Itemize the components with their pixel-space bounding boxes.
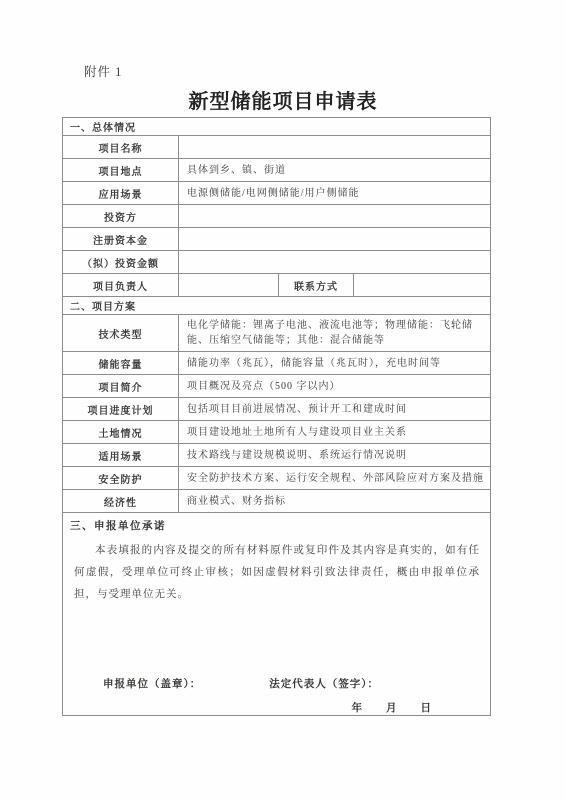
project-brief-label: 项目简介 xyxy=(63,375,179,398)
row-progress-plan: 项目进度计划 包括项目目前进展情况、预计开工和建成时间 xyxy=(63,398,491,421)
project-location-label: 项目地点 xyxy=(63,159,179,182)
signature-line: 申报单位（盖章）： 法定代表人（签字）： xyxy=(63,676,490,691)
row-storage-capacity: 储能容量 储能功率（兆瓦），储能容量（兆瓦时），充电时间等 xyxy=(63,352,491,375)
section3-cell: 三、申报单位承诺 本表填报的内容及提交的所有材料原件或复印件及其内容是真实的，如… xyxy=(63,513,491,716)
land-status-value: 项目建设地址土地所有人与建设项目业主关系 xyxy=(179,421,491,444)
page-title: 新型储能项目申请表 xyxy=(0,85,566,114)
progress-plan-value: 包括项目目前进展情况、预计开工和建成时间 xyxy=(179,398,491,421)
land-status-label: 土地情况 xyxy=(63,421,179,444)
storage-capacity-label: 储能容量 xyxy=(63,352,179,375)
application-form-table: 一、总体情况 项目名称 项目地点 具体到乡、镇、街道 应用场景 电源侧储能/电网… xyxy=(62,117,491,716)
safety-protection-label: 安全防护 xyxy=(63,467,179,490)
project-name-label: 项目名称 xyxy=(63,136,179,159)
row-safety-protection: 安全防护 安全防护技术方案、运行安全规程、外部风险应对方案及措施 xyxy=(63,467,491,490)
section2-header-row: 二、项目方案 xyxy=(63,297,491,315)
safety-protection-value: 安全防护技术方案、运行安全规程、外部风险应对方案及措施 xyxy=(179,467,491,490)
application-scenario-label: 应用场景 xyxy=(63,182,179,205)
project-leader-value xyxy=(179,274,279,297)
row-project-leader: 项目负责人 联系方式 xyxy=(63,274,491,297)
economics-value: 商业模式、财务指标 xyxy=(179,490,491,513)
commitment-text: 本表填报的内容及提交的所有材料原件或复印件及其内容是真实的，如有任何虚假，受理单… xyxy=(74,540,480,606)
section2-header: 二、项目方案 xyxy=(63,297,491,315)
document-page: { "page": { "attachment": "附件 1", "title… xyxy=(0,0,566,800)
date-line: 年 月 日 xyxy=(63,700,490,715)
section3-header: 三、申报单位承诺 xyxy=(63,513,490,533)
project-leader-label: 项目负责人 xyxy=(63,274,179,297)
contact-label: 联系方式 xyxy=(279,274,354,297)
progress-plan-label: 项目进度计划 xyxy=(63,398,179,421)
storage-capacity-value: 储能功率（兆瓦），储能容量（兆瓦时），充电时间等 xyxy=(179,352,491,375)
applicable-scenario-label: 适用场景 xyxy=(63,444,179,467)
technology-type-label: 技术类型 xyxy=(63,315,179,352)
investor-value xyxy=(179,205,491,228)
project-location-value: 具体到乡、镇、街道 xyxy=(179,159,491,182)
investment-amount-label: （拟）投资金额 xyxy=(63,251,179,274)
unit-seal-label: 申报单位（盖章）： xyxy=(103,676,201,691)
row-land-status: 土地情况 项目建设地址土地所有人与建设项目业主关系 xyxy=(63,421,491,444)
row-investment-amount: （拟）投资金额 xyxy=(63,251,491,274)
section3-row: 三、申报单位承诺 本表填报的内容及提交的所有材料原件或复印件及其内容是真实的，如… xyxy=(63,513,491,716)
row-economics: 经济性 商业模式、财务指标 xyxy=(63,490,491,513)
row-project-name: 项目名称 xyxy=(63,136,491,159)
technology-type-value: 电化学储能：锂离子电池、液流电池等；物理储能：飞轮储能、压缩空气储能等；其他：混… xyxy=(179,315,491,352)
row-technology-type: 技术类型 电化学储能：锂离子电池、液流电池等；物理储能：飞轮储能、压缩空气储能等… xyxy=(63,315,491,352)
registered-capital-value xyxy=(179,228,491,251)
attachment-label: 附件 1 xyxy=(84,62,122,80)
row-project-location: 项目地点 具体到乡、镇、街道 xyxy=(63,159,491,182)
investment-amount-value xyxy=(179,251,491,274)
registered-capital-label: 注册资本金 xyxy=(63,228,179,251)
economics-label: 经济性 xyxy=(63,490,179,513)
row-registered-capital: 注册资本金 xyxy=(63,228,491,251)
row-application-scenario: 应用场景 电源侧储能/电网侧储能/用户侧储能 xyxy=(63,182,491,205)
project-brief-value: 项目概况及亮点（500 字以内） xyxy=(179,375,491,398)
project-name-value xyxy=(179,136,491,159)
contact-value xyxy=(354,274,491,297)
legal-representative-label: 法定代表人（签字）： xyxy=(269,676,379,691)
investor-label: 投资方 xyxy=(63,205,179,228)
section1-header: 一、总体情况 xyxy=(63,118,491,136)
row-investor: 投资方 xyxy=(63,205,491,228)
row-applicable-scenario: 适用场景 技术路线与建设规模说明、系统运行情况说明 xyxy=(63,444,491,467)
applicable-scenario-value: 技术路线与建设规模说明、系统运行情况说明 xyxy=(179,444,491,467)
application-scenario-value: 电源侧储能/电网侧储能/用户侧储能 xyxy=(179,182,491,205)
section1-header-row: 一、总体情况 xyxy=(63,118,491,136)
row-project-brief: 项目简介 项目概况及亮点（500 字以内） xyxy=(63,375,491,398)
